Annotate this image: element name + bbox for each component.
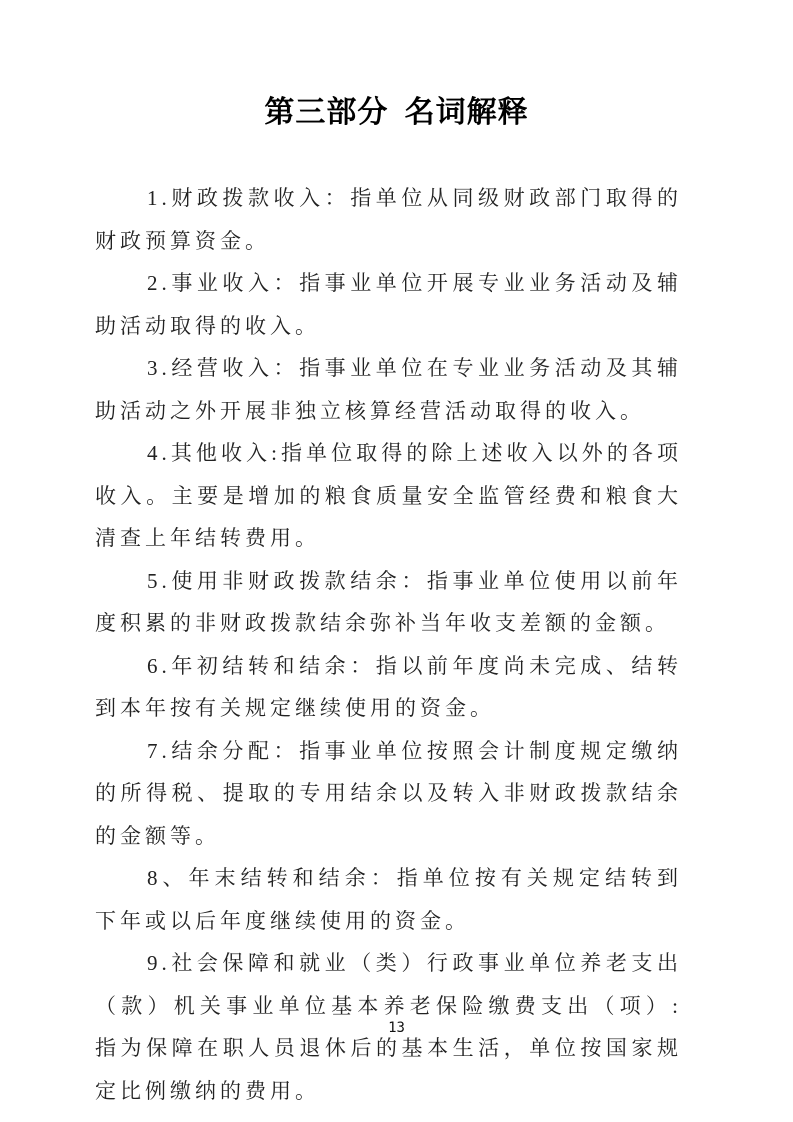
definition-5-use-of-non-fiscal-surplus: 5.使用非财政拨款结余：指事业单位使用以前年度积累的非财政拨款结余弥补当年收支差…: [95, 560, 682, 645]
definition-8-year-end-carryover: 8、年末结转和结余：指单位按有关规定结转到下年或以后年度继续使用的资金。: [95, 857, 682, 942]
page-number: 13: [0, 1020, 793, 1036]
glossary-body: 1.财政拨款收入：指单位从同级财政部门取得的财政预算资金。 2.事业收入：指事业…: [95, 177, 682, 1112]
definition-7-surplus-distribution: 7.结余分配：指事业单位按照会计制度规定缴纳的所得税、提取的专用结余以及转入非财…: [95, 730, 682, 858]
definition-3-business-income: 3.经营收入：指事业单位在专业业务活动及其辅助活动之外开展非独立核算经营活动取得…: [95, 347, 682, 432]
definition-6-beginning-year-carryover: 6.年初结转和结余：指以前年度尚未完成、结转到本年按有关规定继续使用的资金。: [95, 645, 682, 730]
document-page: 第三部分 名词解释 1.财政拨款收入：指单位从同级财政部门取得的财政预算资金。 …: [0, 0, 793, 1122]
page-title: 第三部分 名词解释: [0, 0, 793, 132]
definition-4-other-income: 4.其他收入:指单位取得的除上述收入以外的各项收入。主要是增加的粮食质量安全监管…: [95, 432, 682, 560]
definition-2-operating-income: 2.事业收入：指事业单位开展专业业务活动及辅助活动取得的收入。: [95, 262, 682, 347]
definition-1-fiscal-appropriation-income: 1.财政拨款收入：指单位从同级财政部门取得的财政预算资金。: [95, 177, 682, 262]
